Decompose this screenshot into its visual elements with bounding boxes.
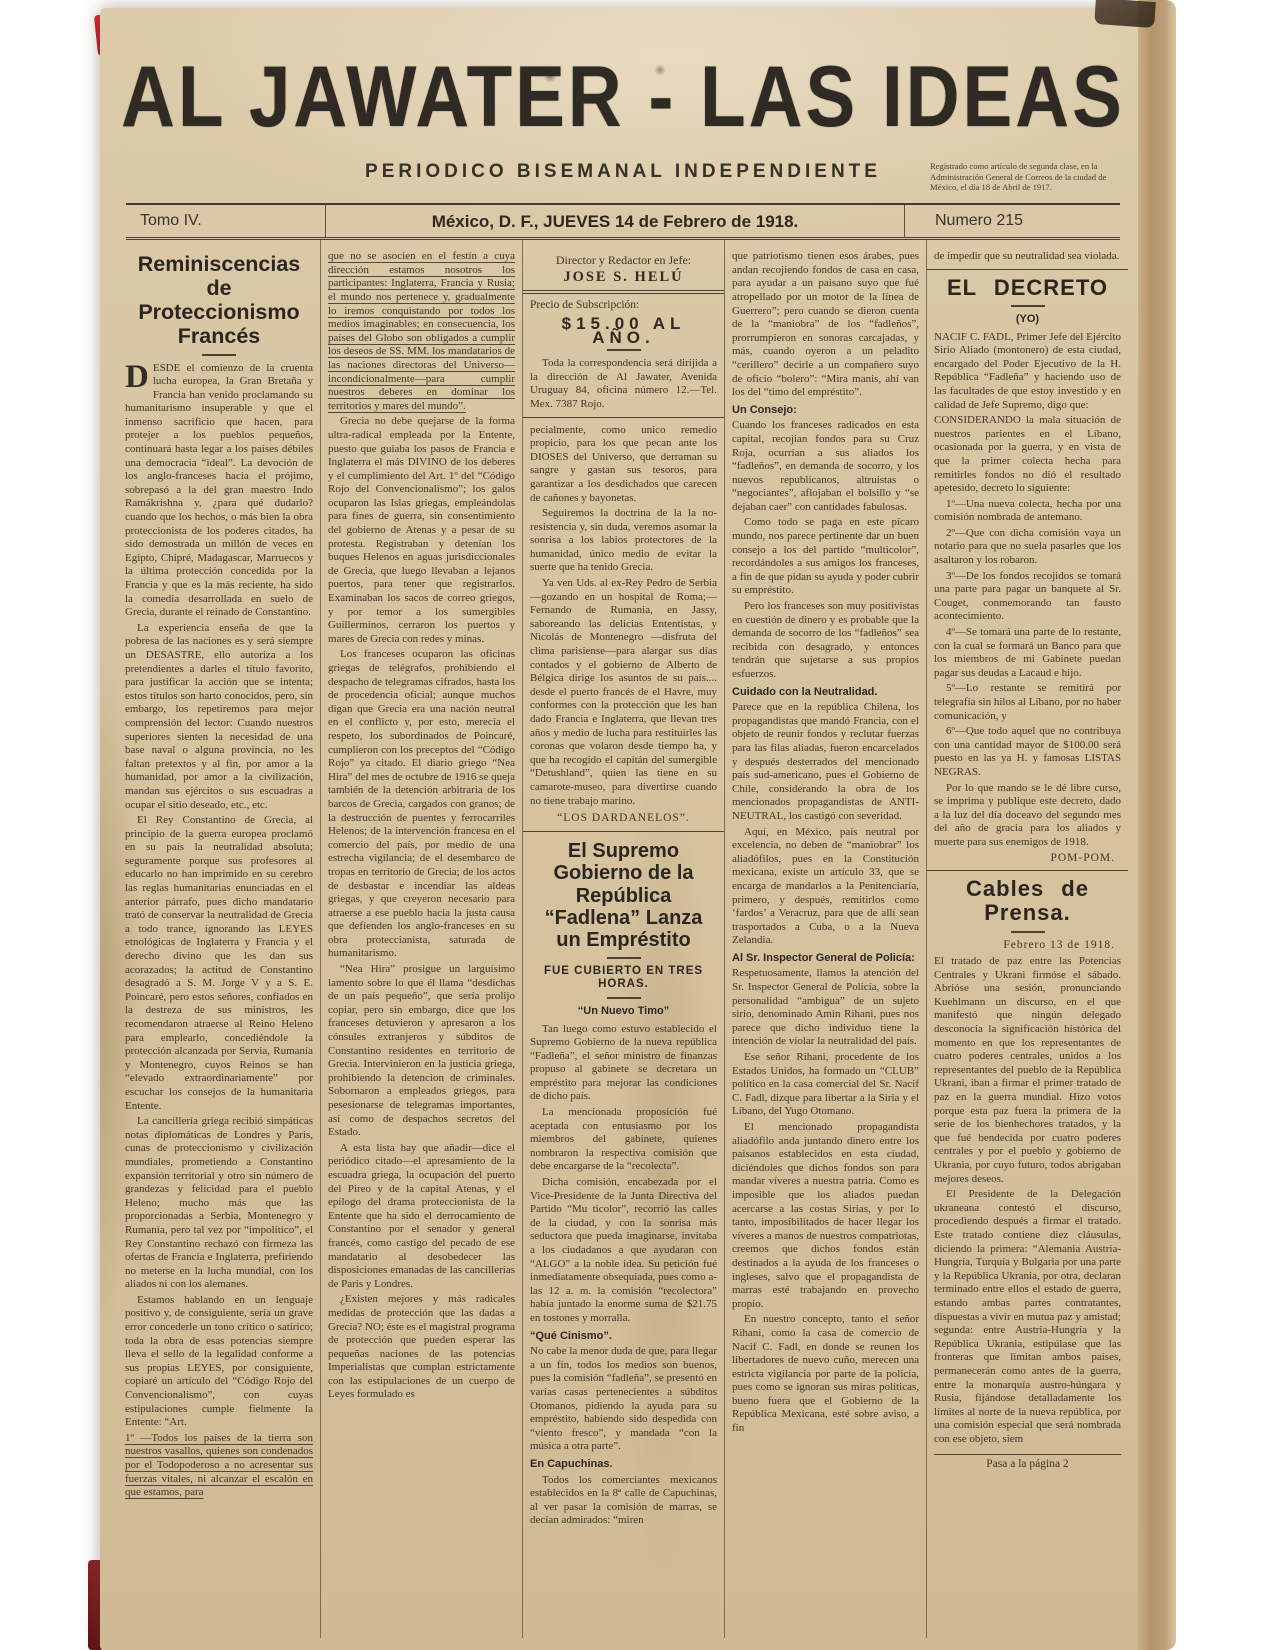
article-headline: Reminiscencias de Proteccionismo Francés	[125, 252, 313, 348]
paragraph: Todos los comerciantes mexicanos estable…	[530, 1474, 717, 1528]
quoted-passage: 1º —Todos los países de la tierra son nu…	[125, 1432, 313, 1500]
article-headline: El Supremo Gobierno de la República “Fad…	[530, 840, 717, 952]
continuation-notice: Pasa a la página 2	[934, 1454, 1121, 1472]
subscription-price: $15.00 AL AÑO.	[530, 317, 717, 344]
paragraph: Por lo que mando se le dé libre curso, s…	[934, 782, 1121, 850]
paragraph: A esta lista hay que añadir—dice el peri…	[328, 1142, 515, 1292]
section-subhead: Un Consejo:	[732, 404, 919, 418]
rule	[523, 290, 724, 294]
paragraph: La mencionada proposición fué aceptada c…	[530, 1106, 717, 1174]
date-bar: Tomo IV. México, D. F., JUEVES 14 de Feb…	[126, 203, 1120, 240]
newspaper-column: que no se asocien en el festín a cuya di…	[320, 240, 522, 1638]
paragraph: La cancillería griega recibió simpáticas…	[125, 1115, 313, 1292]
paragraph: El Presidente de la Delegación ukraneana…	[934, 1188, 1121, 1446]
article-deck: FUE CUBIERTO EN TRES HORAS.	[530, 965, 717, 992]
divider	[607, 349, 641, 351]
director-name: JOSE S. HELÚ	[530, 271, 717, 285]
subtitle-row: PERIODICO BISEMANAL INDEPENDIENTE Regist…	[126, 161, 1120, 193]
divider	[1011, 305, 1045, 307]
divider	[1011, 931, 1045, 933]
paragraph: Aquí, en México, país neutral por excele…	[732, 826, 919, 948]
divider	[607, 957, 641, 959]
paragraph: Estamos hablando en un lenguaje positivo…	[125, 1294, 313, 1430]
decree-item: 2º—Que con dicha comisión vaya un notari…	[934, 527, 1121, 568]
section-subhead: Cuidado con la Neutralidad.	[732, 686, 919, 700]
article-date: Febrero 13 de 1918.	[934, 939, 1115, 953]
rule	[927, 870, 1128, 871]
paragraph: Respetuosamente, llamos la atención del …	[732, 967, 919, 1049]
book-corner-shadow	[1094, 0, 1156, 28]
paragraph: Pero los franceses son muy positivistas …	[732, 600, 919, 682]
rule	[523, 831, 724, 832]
paragraph: La experiencia enseña de que la pobresa …	[125, 622, 313, 812]
section-subhead: “Qué Cinismo”.	[530, 1330, 717, 1344]
rule	[927, 269, 1128, 270]
dateline: México, D. F., JUEVES 14 de Febrero de 1…	[326, 205, 904, 237]
decree-item: 1º—Una nueva colecta, hecha por una comi…	[934, 498, 1121, 525]
paragraph: En nuestro concepto, tanto el señor Riha…	[732, 1313, 919, 1435]
issue-number: Numero 215	[904, 205, 1120, 237]
drop-cap: D	[125, 362, 153, 390]
paragraph: de impedir que su neutralidad sea violad…	[934, 250, 1121, 264]
paragraph: Tan luego como estuvo establecido el Sup…	[530, 1023, 717, 1105]
volume-label: Tomo IV.	[126, 205, 326, 237]
section-subhead: Al Sr. Inspector General de Policía:	[732, 952, 919, 966]
paragraph: DESDE el comienzo de la cruenta lucha eu…	[125, 362, 313, 620]
paragraph: CONSIDERANDO la mala situación de nuestr…	[934, 414, 1121, 496]
paragraph: Toda la correspondencia será dirijida a …	[530, 357, 717, 411]
paragraph: NACIF C. FADL, Primer Jefe del Ejército …	[934, 331, 1121, 413]
paragraph: Los franceses ocuparon las oficinas grie…	[328, 648, 515, 961]
paragraph: El tratado de paz entre las Potencias Ce…	[934, 955, 1121, 1186]
paragraph: Parece que en la república Chilena, los …	[732, 701, 919, 823]
article-deck: (YO)	[934, 313, 1121, 327]
decree-item: 3º—De los fondos recojidos se tomará una…	[934, 570, 1121, 624]
article-headline: EL DECRETO	[934, 276, 1121, 300]
decree-item: 6º—Que todo aquel que no contribuya con …	[934, 725, 1121, 779]
paragraph: No cabe la menor duda de que, para llega…	[530, 1345, 717, 1454]
newspaper-column: Reminiscencias de Proteccionismo Francés…	[118, 240, 320, 1638]
newspaper-page: AL JAWATER - LAS IDEAS PERIODICO BISEMAN…	[100, 8, 1142, 1650]
newspaper-column: que patriotismo tienen esos árabes, pues…	[724, 240, 926, 1638]
section-subhead: En Capuchinas.	[530, 1458, 717, 1472]
paragraph: ¿Existen mejores y más radicales medidas…	[328, 1293, 515, 1402]
newspaper-column: Director y Redactor en Jefe:JOSE S. HELÚ…	[522, 240, 724, 1638]
newspaper-column: de impedir que su neutralidad sea violad…	[926, 240, 1128, 1638]
paragraph: Cuando los franceses radicados en esta c…	[732, 419, 919, 514]
paragraph: que patriotismo tienen esos árabes, pues…	[732, 250, 919, 400]
article-signature: “LOS DARDANELOS”.	[530, 812, 717, 826]
director-label: Director y Redactor en Jefe:	[530, 254, 717, 268]
paragraph: Ya ven Uds. al ex-Rey Pedro de Serbia —g…	[530, 577, 717, 808]
scan-background: { "masthead": { "title": "AL JAWATER - L…	[0, 0, 1275, 1650]
paragraph: Grecia no debe quejarse de la forma ultr…	[328, 415, 515, 646]
paragraph: Dicha comisión, encabezada por el Vice-P…	[530, 1176, 717, 1326]
newspaper-title: AL JAWATER - LAS IDEAS	[116, 48, 1130, 146]
article-columns: Reminiscencias de Proteccionismo Francés…	[118, 240, 1128, 1638]
headline-divider	[202, 354, 236, 356]
section-subhead: “Un Nuevo Timo”	[530, 1005, 717, 1019]
newspaper-subtitle: PERIODICO BISEMANAL INDEPENDIENTE	[316, 161, 930, 183]
paragraph: Ese señor Rihani, procedente de los Esta…	[732, 1051, 919, 1119]
subscription-label: Precio de Subscripción:	[530, 299, 717, 313]
paragraph: Como todo se paga en este pícaro mundo, …	[732, 516, 919, 598]
paragraph: “Nea Hira” prosigue un larguísimo lament…	[328, 963, 515, 1140]
paragraph: pecialmente, como unico remedio propicio…	[530, 424, 717, 506]
decree-item: 4º—Se tomará una parte de lo restante, c…	[934, 626, 1121, 680]
paragraph: El Rey Constantino de Grecia, al princip…	[125, 814, 313, 1113]
paragraph: Seguiremos la doctrina de la la no-resis…	[530, 507, 717, 575]
divider	[607, 997, 641, 999]
registration-notice: Registrado como artículo de segunda clas…	[930, 161, 1120, 193]
article-signature: POM-POM.	[934, 852, 1115, 866]
article-headline: Cables de Prensa.	[934, 877, 1121, 925]
paragraph: El mencionado propagandista aliadófilo a…	[732, 1121, 919, 1311]
book-page-edges	[1138, 0, 1176, 1650]
decree-item: 5º—Lo restante se remitirá por telegrafí…	[934, 682, 1121, 723]
rule	[523, 417, 724, 418]
quoted-passage: que no se asocien en el festín a cuya di…	[328, 250, 515, 413]
masthead: AL JAWATER - LAS IDEAS PERIODICO BISEMAN…	[100, 8, 1142, 240]
